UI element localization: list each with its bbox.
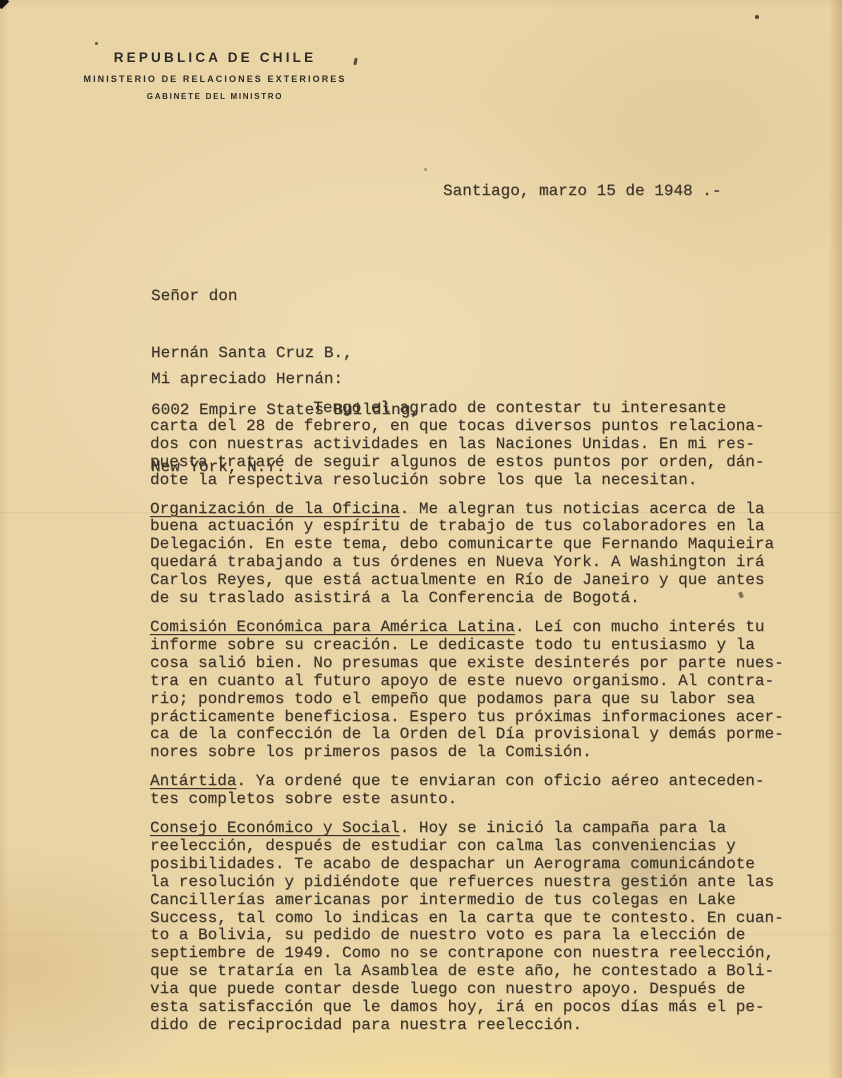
- letter-line: informe sobre su creación. Le dedicaste …: [150, 637, 815, 655]
- letterhead-ministry: MINISTERIO DE RELACIONES EXTERIORES: [30, 74, 400, 84]
- letter-line: septiembre de 1949. Como no se contrapon…: [150, 945, 815, 963]
- letter-line: dido de reciprocidad para nuestra reelec…: [150, 1017, 815, 1035]
- recipient-title: Señor don: [151, 287, 420, 306]
- letter-line: rio; pondremos todo el empeño que podamo…: [150, 691, 815, 709]
- letter-line: Consejo Económico y Social. Hoy se inici…: [150, 820, 815, 838]
- letter-paragraph: Consejo Económico y Social. Hoy se inici…: [150, 820, 815, 1035]
- letter-line: Organización de la Oficina. Me alegran t…: [150, 501, 815, 519]
- salutation: Mi apreciado Hernán:: [151, 370, 343, 388]
- letter-line: tes completos sobre este asunto.: [150, 791, 815, 809]
- ink-speck: [424, 168, 427, 171]
- ink-speck: [95, 42, 98, 45]
- letter-paragraph: Comisión Económica para América Latina. …: [150, 619, 815, 762]
- letter-line: via que puede contar desde luego con nue…: [150, 981, 815, 999]
- letter-line: buena actuación y espíritu de trabajo de…: [150, 518, 815, 536]
- letter-line: dos con nuestras actividades en las Naci…: [150, 436, 815, 454]
- letter-line: Tengo el agrado de contestar tu interesa…: [150, 400, 815, 418]
- letter-line: to a Bolivia, su pedido de nuestro voto …: [150, 927, 815, 945]
- letter-paragraph: Organización de la Oficina. Me alegran t…: [150, 501, 815, 608]
- letter-body: Tengo el agrado de contestar tu interesa…: [150, 400, 815, 1046]
- letter-line: quedará trabajando a tus órdenes en Nuev…: [150, 554, 815, 572]
- letter-line: la resolución y pidiéndote que refuerces…: [150, 874, 815, 892]
- letter-line: nores sobre los primeros pasos de la Com…: [150, 744, 815, 762]
- letter-line: Cancillerías americanas por intermedio d…: [150, 892, 815, 910]
- letter-line: Success, tal como lo indicas en la carta…: [150, 910, 815, 928]
- letter-line: que se trataría en la Asamblea de este a…: [150, 963, 815, 981]
- date-line: Santiago, marzo 15 de 1948 .-: [443, 182, 721, 200]
- letter-line: Antártida. Ya ordené que te enviaran con…: [150, 773, 815, 791]
- letter-line: de su traslado asistirá a la Conferencia…: [150, 590, 815, 608]
- letter-line: Delegación. En este tema, debo comunicar…: [150, 536, 815, 554]
- section-heading: Comisión Económica para América Latina: [150, 618, 515, 636]
- letter-line: reelección, después de estudiar con calm…: [150, 838, 815, 856]
- letterhead: REPUBLICA DE CHILE MINISTERIO DE RELACIO…: [30, 50, 400, 101]
- letterhead-country: REPUBLICA DE CHILE: [30, 50, 400, 65]
- letter-line: prácticamente beneficiosa. Espero tus pr…: [150, 709, 815, 727]
- section-heading: Antártida: [150, 772, 236, 790]
- recipient-name: Hernán Santa Cruz B.,: [151, 344, 420, 363]
- section-heading: Organización de la Oficina: [150, 500, 400, 518]
- letter-paragraph: Tengo el agrado de contestar tu interesa…: [150, 400, 815, 490]
- letter-line: esta satisfacción que le damos hoy, irá …: [150, 999, 815, 1017]
- letter-line: puesta trataré de seguir algunos de esto…: [150, 454, 815, 472]
- letter-line: Carlos Reyes, que está actualmente en Rí…: [150, 572, 815, 590]
- letter-line: cosa salió bien. No presumas que existe …: [150, 655, 815, 673]
- letterhead-office: GABINETE DEL MINISTRO: [30, 92, 400, 101]
- letter-line: ca de la confección de la Orden del Día …: [150, 726, 815, 744]
- ink-speck: [755, 15, 759, 19]
- letter-line: dote la respectiva resolución sobre los …: [150, 472, 815, 490]
- letter-line: carta del 28 de febrero, en que tocas di…: [150, 418, 815, 436]
- letter-paragraph: Antártida. Ya ordené que te enviaran con…: [150, 773, 815, 809]
- section-heading: Consejo Económico y Social: [150, 819, 400, 837]
- letter-line: tra en cuanto al futuro apoyo de este nu…: [150, 673, 815, 691]
- letter-line: posibilidades. Te acabo de despachar un …: [150, 856, 815, 874]
- letter-line: Comisión Económica para América Latina. …: [150, 619, 815, 637]
